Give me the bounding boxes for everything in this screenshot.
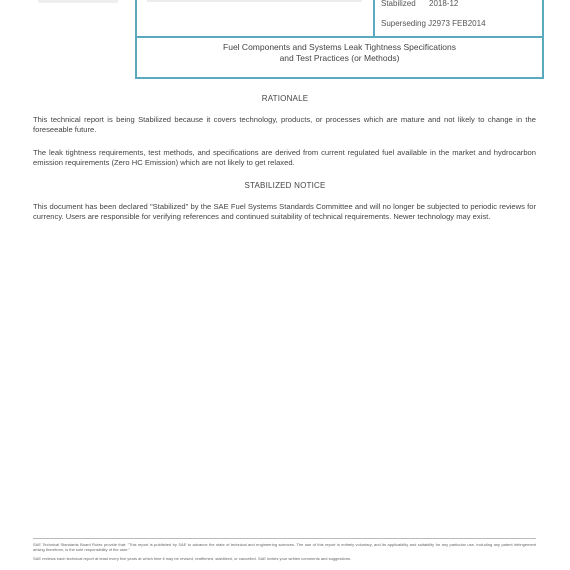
- rationale-paragraph-1: This technical report is being Stabilize…: [33, 115, 536, 134]
- rationale-paragraph-2: The leak tightness requirements, test me…: [33, 148, 536, 167]
- header-title-cell: [137, 0, 375, 36]
- document-title-line1: Fuel Components and Systems Leak Tightne…: [137, 42, 542, 53]
- superseding-row: Superseding J2973 FEB2014: [381, 19, 486, 28]
- cropped-header-text: [147, 0, 362, 2]
- stabilized-row: Stabilized2018-12: [381, 0, 458, 8]
- document-title: Fuel Components and Systems Leak Tightne…: [137, 42, 542, 64]
- stabilized-date: 2018-12: [429, 0, 458, 8]
- stabilized-label: Stabilized: [381, 0, 429, 8]
- header-left-cropped-text: [38, 0, 118, 3]
- document-header-box: Stabilized2018-12 Superseding J2973 FEB2…: [135, 0, 544, 79]
- footer-divider: [33, 538, 536, 539]
- footer-line-1: SAE Technical Standards Board Rules prov…: [33, 542, 536, 552]
- rationale-heading: RATIONALE: [0, 94, 570, 103]
- document-title-line2: and Test Practices (or Methods): [137, 53, 542, 64]
- header-top-row: Stabilized2018-12 Superseding J2973 FEB2…: [137, 0, 542, 38]
- stabilized-notice-paragraph: This document has been declared "Stabili…: [33, 202, 536, 221]
- footer-line-2: SAE reviews each technical report at lea…: [33, 556, 536, 561]
- stabilized-notice-heading: STABILIZED NOTICE: [0, 181, 570, 190]
